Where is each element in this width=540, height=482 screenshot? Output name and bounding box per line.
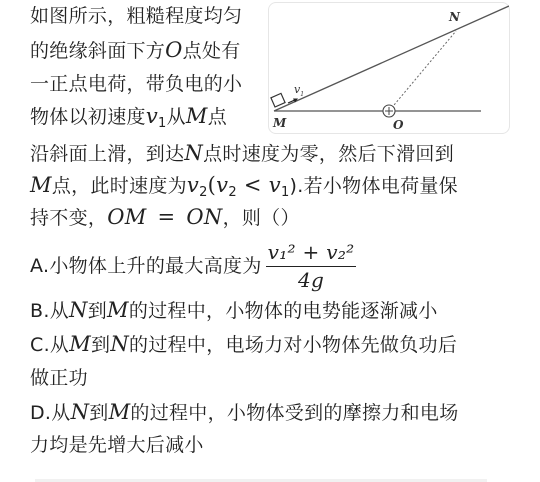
incline-diagram: v1 M O N [268,2,510,134]
label-N: N [448,10,461,24]
option-b[interactable]: B.从N到M的过程中，小物体的电势能逐渐减小 [30,297,438,324]
stem-line-6: M点，此时速度为v2(v2 < v1).若小物体电荷量保 [30,172,458,206]
label-O: O [393,118,404,132]
option-c-continuation: 做正功 [30,365,88,391]
stem-line-5: 沿斜面上滑，到达N点时速度为零，然后下滑回到 [30,140,454,167]
incline-diagram-svg: v1 M O N [269,3,509,133]
stem-line-7: 持不变，OM = ON，则（） [30,204,300,231]
stem-line-2: 的绝缘斜面下方O点处有 [30,37,241,64]
option-d-continuation: 力均是先增大后减小 [30,432,204,458]
v1-label: v1 [294,83,304,98]
stem-line-1: 如图所示，粗糙程度均匀 [30,3,242,29]
label-M: M [272,116,287,130]
option-a[interactable]: A.小物体上升的最大高度为 v₁² + v₂² 4g [30,238,356,294]
option-d[interactable]: D.从N到M的过程中，小物体受到的摩擦力和电场 [30,399,459,426]
stem-line-4: 物体以初速度v1从M点 [30,103,227,137]
max-height-formula: v₁² + v₂² 4g [266,240,357,293]
stem-line-3: 一正点电荷，带负电的小 [30,71,242,97]
block-icon [271,93,285,107]
dotted-line-ON [389,31,456,111]
incline-line [274,6,509,111]
option-c[interactable]: C.从M到N的过程中，电场力对小物体先做负功后 [30,331,457,358]
